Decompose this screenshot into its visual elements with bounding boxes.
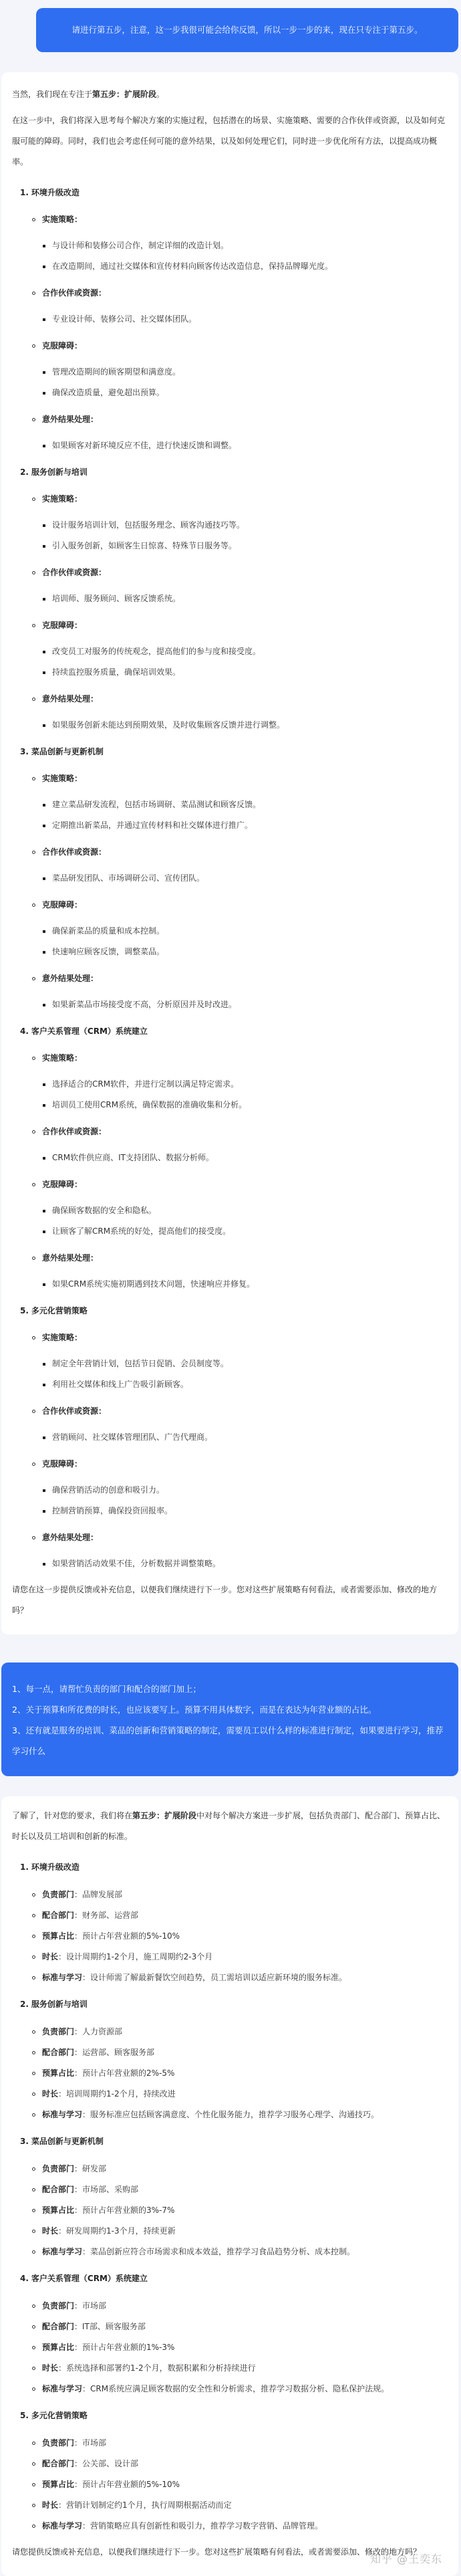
point-list: 建立菜品研发流程，包括市场调研、菜品测试和顾客反馈。定期推出新菜品，并通过宣传材… xyxy=(32,794,448,836)
detail-list: 负责部门：市场部配合部门：公关部、设计部预算占比：预计占年营业额的5%-10%时… xyxy=(20,2433,448,2537)
section-number: 2. xyxy=(20,1992,29,2016)
point-text: 选择适合的CRM软件，并进行定制以满足特定需求。 xyxy=(52,1074,239,1095)
detail-item: 预算占比：预计占年营业额的5%-10% xyxy=(32,1926,448,1947)
detail-item: 时长：营销计划制定约1个月，执行周期根据活动而定 xyxy=(32,2495,448,2516)
subsection-label: 合作伙伴或资源： xyxy=(42,1399,106,1423)
list-item: 让顾客了解CRM系统的好处，提高他们的接受度。 xyxy=(43,1221,448,1242)
subsection-label: 实施策略： xyxy=(42,1325,82,1350)
detail-item: 标准与学习：设计师需了解最新餐饮空间趋势，员工需培训以适应新环境的服务标准。 xyxy=(32,1967,448,1988)
detail-value: ：品牌发展部 xyxy=(74,1890,122,1899)
point-text: 持续监控服务质量，确保培训效果。 xyxy=(52,662,180,683)
section-title-text: 多元化营销策略 xyxy=(31,2403,88,2428)
hollow-bullet-icon xyxy=(32,1130,35,1134)
detail-value: ：营销策略应具有创新性和吸引力，推荐学习数字营销、品牌管理。 xyxy=(82,2521,323,2531)
point-list: 如果营销活动效果不佳，分析数据并调整策略。 xyxy=(32,1553,448,1574)
section-item: 3.菜品创新与更新机制负责部门：研发部配合部门：市场部、采购部预算占比：预计占年… xyxy=(20,2129,448,2262)
square-bullet-icon xyxy=(43,1104,45,1107)
detail-label: 标准与学习 xyxy=(42,2521,82,2531)
detail-value: ：设计周期约1-2个月，施工周期约2-3个月 xyxy=(58,1952,212,1961)
list-item: 如果服务创新未能达到预期效果，及时收集顾客反馈并进行调整。 xyxy=(43,715,448,736)
section-number: 5. xyxy=(20,1299,29,1323)
hollow-bullet-icon xyxy=(32,2442,35,2445)
section-number: 5. xyxy=(20,2403,29,2428)
detail-text: 标准与学习：营销策略应具有创新性和吸引力，推荐学习数字营销、品牌管理。 xyxy=(42,2516,323,2537)
detail-item: 配合部门：IT部、顾客服务部 xyxy=(32,2317,448,2337)
subsection-heading: 意外结果处理： xyxy=(32,966,448,990)
assistant-message-card: 了解了，针对您的要求，我们将在第五步：扩展阶段中对每个解决方案进一步扩展，包括负… xyxy=(1,1796,458,2576)
point-text: 制定全年营销计划，包括节日促销、会员制度等。 xyxy=(52,1354,228,1374)
hollow-bullet-icon xyxy=(32,2250,35,2254)
user-message-line: 1、每一点，请帮忙负责的部门和配合的部门加上； xyxy=(12,1679,448,1699)
square-bullet-icon xyxy=(43,1436,45,1439)
subsection-label: 实施策略： xyxy=(42,207,82,231)
detail-label: 时长 xyxy=(42,1952,58,1961)
point-list: 设计服务培训计划，包括服务理念、顾客沟通技巧等。引入服务创新，如顾客生日惊喜、特… xyxy=(32,515,448,556)
section-number: 4. xyxy=(20,1019,29,1043)
intro-prefix: 了解了，针对您的要求，我们将在 xyxy=(12,1811,132,1820)
list-item: 持续监控服务质量，确保培训效果。 xyxy=(43,662,448,683)
square-bullet-icon xyxy=(43,1489,45,1492)
point-list: CRM软件供应商、IT支持团队、数据分析师。 xyxy=(32,1148,448,1168)
hollow-bullet-icon xyxy=(32,2387,35,2391)
user-message-line: 3、还有就是服务的培训、菜品的创新和营销策略的制定，需要员工以什么样的标准进行制… xyxy=(12,1720,448,1761)
section-number: 4. xyxy=(20,2266,29,2290)
subsection-label: 合作伙伴或资源： xyxy=(42,1119,106,1144)
point-list: 专业设计师、装修公司、社交媒体团队。 xyxy=(32,309,448,330)
section-number: 1. xyxy=(20,181,29,205)
point-list: 管理改造期间的顾客期望和满意度。确保改造质量，避免超出预算。 xyxy=(32,362,448,403)
hollow-bullet-icon xyxy=(32,2092,35,2096)
detail-text: 配合部门：IT部、顾客服务部 xyxy=(42,2317,146,2337)
section-title: 1.环境升级改造 xyxy=(20,181,448,205)
subsection-item: 克服障碍：管理改造期间的顾客期望和满意度。确保改造质量，避免超出预算。 xyxy=(32,334,448,403)
section-number: 3. xyxy=(20,740,29,764)
detail-value: ：系统选择和部署约1-2个月，数据积累和分析持续进行 xyxy=(58,2363,256,2373)
list-item: 选择适合的CRM软件，并进行定制以满足特定需求。 xyxy=(43,1074,448,1095)
square-bullet-icon xyxy=(43,598,45,601)
detail-text: 时长：研发周期约1-3个月，持续更新 xyxy=(42,2221,176,2242)
square-bullet-icon xyxy=(43,1210,45,1212)
subsection-label: 意外结果处理： xyxy=(42,687,98,711)
detail-text: 负责部门：品牌发展部 xyxy=(42,1885,122,1905)
section-title-text: 服务创新与培训 xyxy=(31,460,88,484)
subsection-heading: 克服障碍： xyxy=(32,1172,448,1196)
subsection-heading: 克服障碍： xyxy=(32,1452,448,1476)
hollow-bullet-icon xyxy=(32,218,35,221)
list-item: 引入服务创新，如顾客生日惊喜、特殊节日服务等。 xyxy=(43,536,448,556)
list-item: 确保营销活动的创意和吸引力。 xyxy=(43,1480,448,1501)
detail-label: 预算占比 xyxy=(42,2206,74,2215)
square-bullet-icon xyxy=(43,825,45,827)
subsection-item: 克服障碍：确保顾客数据的安全和隐私。让顾客了解CRM系统的好处，提高他们的接受度… xyxy=(32,1172,448,1242)
assistant-description: 在这一步中，我们将深入思考每个解决方案的实施过程，包括潜在的场景、实施策略、需要… xyxy=(12,110,448,173)
square-bullet-icon xyxy=(43,1563,45,1566)
section-title-text: 客户关系管理（CRM）系统建立 xyxy=(31,2266,148,2290)
square-bullet-icon xyxy=(43,371,45,374)
detail-text: 配合部门：公关部、设计部 xyxy=(42,2454,138,2474)
detail-label: 标准与学习 xyxy=(42,2110,82,2119)
detail-text: 配合部门：财务部、运营部 xyxy=(42,1905,138,1926)
point-list: 营销顾问、社交媒体管理团队、广告代理商。 xyxy=(32,1427,448,1448)
subsection-item: 实施策略：制定全年营销计划，包括节日促销、会员制度等。利用社交媒体和线上广告吸引… xyxy=(32,1325,448,1395)
detail-text: 预算占比：预计占年营业额的2%-5% xyxy=(42,2063,174,2084)
detail-item: 时长：培训周期约1-2个月，持续改进 xyxy=(32,2084,448,2105)
subsection-item: 合作伙伴或资源：菜品研发团队、市场调研公司、宣传团队。 xyxy=(32,840,448,889)
intro-bold: 第五步：扩展阶段 xyxy=(132,1811,196,1820)
detail-item: 时长：设计周期约1-2个月，施工周期约2-3个月 xyxy=(32,1947,448,1967)
detail-value: ：预计占年营业额的1%-3% xyxy=(74,2343,174,2352)
list-item: 如果顾客对新环境反应不佳，进行快速反馈和调整。 xyxy=(43,435,448,456)
square-bullet-icon xyxy=(43,651,45,653)
detail-text: 负责部门：研发部 xyxy=(42,2159,106,2179)
hollow-bullet-icon xyxy=(32,1410,35,1413)
subsection-label: 意外结果处理： xyxy=(42,407,98,431)
point-text: 利用社交媒体和线上广告吸引新顾客。 xyxy=(52,1374,188,1395)
subsection-item: 意外结果处理：如果CRM系统实施初期遇到技术问题，快速响应并修复。 xyxy=(32,1246,448,1295)
subsection-item: 意外结果处理：如果营销活动效果不佳，分析数据并调整策略。 xyxy=(32,1525,448,1574)
hollow-bullet-icon xyxy=(32,2167,35,2171)
detail-value: ：CRM系统应满足顾客数据的安全性和分析需求，推荐学习数据分析、隐私保护法规。 xyxy=(82,2384,389,2393)
hollow-bullet-icon xyxy=(32,977,35,980)
subsection-item: 合作伙伴或资源：培训师、服务顾问、顾客反馈系统。 xyxy=(32,560,448,609)
point-text: 营销顾问、社交媒体管理团队、广告代理商。 xyxy=(52,1427,212,1448)
subsection-label: 克服障碍： xyxy=(42,1452,82,1476)
detail-item: 标准与学习：营销策略应具有创新性和吸引力，推荐学习数字营销、品牌管理。 xyxy=(32,2516,448,2537)
detail-label: 预算占比 xyxy=(42,2068,74,2078)
subsection-label: 合作伙伴或资源： xyxy=(42,560,106,584)
hollow-bullet-icon xyxy=(32,344,35,348)
hollow-bullet-icon xyxy=(32,2209,35,2212)
subsection-item: 实施策略：选择适合的CRM软件，并进行定制以满足特定需求。培训员工使用CRM系统… xyxy=(32,1046,448,1115)
square-bullet-icon xyxy=(43,951,45,954)
hollow-bullet-icon xyxy=(32,292,35,295)
point-text: CRM软件供应商、IT支持团队、数据分析师。 xyxy=(52,1148,214,1168)
detail-value: ：研发部 xyxy=(74,2164,106,2173)
detail-value: ：营销计划制定约1个月，执行周期根据活动而定 xyxy=(58,2500,232,2510)
list-item: 如果新菜品市场接受度不高，分析原因并及时改进。 xyxy=(43,994,448,1015)
detail-value: ：预计占年营业额的2%-5% xyxy=(74,2068,174,2078)
detail-list: 负责部门：研发部配合部门：市场部、采购部预算占比：预计占年营业额的3%-7%时长… xyxy=(20,2159,448,2262)
point-list: 如果CRM系统实施初期遇到技术问题，快速响应并修复。 xyxy=(32,1274,448,1295)
subsection-heading: 合作伙伴或资源： xyxy=(32,281,448,305)
assistant-message-card: 当然，我们现在专注于第五步：扩展阶段。 在这一步中，我们将深入思考每个解决方案的… xyxy=(1,72,458,1634)
detail-value: ：服务标准应包括顾客满意度、个性化服务能力，推荐学习服务心理学、沟通技巧。 xyxy=(82,2110,379,2119)
detail-value: ：财务部、运营部 xyxy=(74,1911,138,1920)
point-list: 与设计师和装修公司合作，制定详细的改造计划。在改造期间，通过社交媒体和宣传材料向… xyxy=(32,235,448,277)
subsection-heading: 意外结果处理： xyxy=(32,1246,448,1270)
list-item: 建立菜品研发流程，包括市场调研、菜品测试和顾客反馈。 xyxy=(43,794,448,815)
detail-text: 时长：培训周期约1-2个月，持续改进 xyxy=(42,2084,176,2105)
subsection-label: 意外结果处理： xyxy=(42,1525,98,1549)
detail-text: 负责部门：市场部 xyxy=(42,2433,106,2454)
hollow-bullet-icon xyxy=(32,2113,35,2117)
detail-label: 标准与学习 xyxy=(42,2247,82,2256)
point-text: 菜品研发团队、市场调研公司、宣传团队。 xyxy=(52,868,204,889)
section-number: 3. xyxy=(20,2129,29,2153)
detail-text: 标准与学习：设计师需了解最新餐饮空间趋势，员工需培训以适应新环境的服务标准。 xyxy=(42,1967,347,1988)
detail-item: 配合部门：财务部、运营部 xyxy=(32,1905,448,1926)
list-item: 菜品研发团队、市场调研公司、宣传团队。 xyxy=(43,868,448,889)
subsection-heading: 合作伙伴或资源： xyxy=(32,840,448,864)
detail-text: 负责部门：人力资源部 xyxy=(42,2022,122,2042)
hollow-bullet-icon xyxy=(32,903,35,907)
user-message-bubble: 请进行第五步，注意，这一步我很可能会给你反馈，所以一步一步的来，现在只专注于第五… xyxy=(36,8,458,52)
hollow-bullet-icon xyxy=(32,697,35,701)
detail-value: ：设计师需了解最新餐饮空间趋势，员工需培训以适应新环境的服务标准。 xyxy=(82,1973,347,1982)
detail-item: 预算占比：预计占年营业额的3%-7% xyxy=(32,2200,448,2221)
square-bullet-icon xyxy=(43,1384,45,1386)
intro-bold: 第五步：扩展阶段 xyxy=(92,90,156,99)
detail-item: 负责部门：研发部 xyxy=(32,2159,448,2179)
subsection-label: 合作伙伴或资源： xyxy=(42,840,106,864)
detail-label: 配合部门 xyxy=(42,1911,74,1920)
subsection-item: 实施策略：建立菜品研发流程，包括市场调研、菜品测试和顾客反馈。定期推出新菜品，并… xyxy=(32,766,448,836)
user-message-line: 2、关于预算和所花费的时长，也应该要写上。预算不用具体数字，而是在表达为年营业额… xyxy=(12,1699,448,1720)
point-text: 让顾客了解CRM系统的好处，提高他们的接受度。 xyxy=(52,1221,230,1242)
detail-label: 时长 xyxy=(42,2363,58,2373)
section-title: 3.菜品创新与更新机制 xyxy=(20,740,448,764)
detail-text: 配合部门：市场部、采购部 xyxy=(42,2179,138,2200)
point-text: 改变员工对服务的传统观念，提高他们的参与度和接受度。 xyxy=(52,641,261,662)
detail-text: 配合部门：运营部、顾客服务部 xyxy=(42,2042,154,2063)
list-item: 专业设计师、装修公司、社交媒体团队。 xyxy=(43,309,448,330)
hollow-bullet-icon xyxy=(32,624,35,627)
section-list: 1.环境升级改造负责部门：品牌发展部配合部门：财务部、运营部预算占比：预计占年营… xyxy=(12,1855,448,2537)
detail-text: 预算占比：预计占年营业额的5%-10% xyxy=(42,1926,180,1947)
list-item: 确保新菜品的质量和成本控制。 xyxy=(43,921,448,942)
point-text: 如果服务创新未能达到预期效果，及时收集顾客反馈并进行调整。 xyxy=(52,715,285,736)
detail-text: 时长：设计周期约1-2个月，施工周期约2-3个月 xyxy=(42,1947,212,1967)
detail-text: 时长：系统选择和部署约1-2个月，数据积累和分析持续进行 xyxy=(42,2358,256,2379)
detail-item: 标准与学习：CRM系统应满足顾客数据的安全性和分析需求，推荐学习数据分析、隐私保… xyxy=(32,2379,448,2399)
detail-text: 标准与学习：菜品创新应符合市场需求和成本效益，推荐学习食品趋势分析、成本控制。 xyxy=(42,2242,355,2262)
square-bullet-icon xyxy=(43,545,45,548)
point-text: 设计服务培训计划，包括服务理念、顾客沟通技巧等。 xyxy=(52,515,245,536)
detail-item: 负责部门：市场部 xyxy=(32,2296,448,2317)
point-text: 定期推出新菜品，并通过宣传材料和社交媒体进行推广。 xyxy=(52,815,253,836)
subsection-label: 克服障碍： xyxy=(42,613,82,637)
section-list: 1.环境升级改造实施策略：与设计师和装修公司合作，制定详细的改造计划。在改造期间… xyxy=(12,181,448,1574)
detail-list: 负责部门：人力资源部配合部门：运营部、顾客服务部预算占比：预计占年营业额的2%-… xyxy=(20,2022,448,2125)
assistant-closing: 请您在这一步提供反馈或补充信息，以便我们继续进行下一步。您对这些扩展策略有何看法… xyxy=(12,1580,448,1621)
point-text: 如果营销活动效果不佳，分析数据并调整策略。 xyxy=(52,1553,220,1574)
square-bullet-icon xyxy=(43,318,45,321)
subsection-item: 意外结果处理：如果顾客对新环境反应不佳，进行快速反馈和调整。 xyxy=(32,407,448,456)
point-text: 快速响应顾客反馈，调整菜品。 xyxy=(52,942,164,962)
detail-label: 时长 xyxy=(42,2089,58,2099)
list-item: 培训师、服务顾问、顾客反馈系统。 xyxy=(43,588,448,609)
hollow-bullet-icon xyxy=(32,851,35,854)
list-item: 与设计师和装修公司合作，制定详细的改造计划。 xyxy=(43,235,448,256)
point-text: 如果CRM系统实施初期遇到技术问题，快速响应并修复。 xyxy=(52,1274,255,1295)
list-item: CRM软件供应商、IT支持团队、数据分析师。 xyxy=(43,1148,448,1168)
detail-value: ：IT部、顾客服务部 xyxy=(74,2322,146,2331)
subsection-label: 意外结果处理： xyxy=(42,1246,98,1270)
detail-item: 负责部门：市场部 xyxy=(32,2433,448,2454)
subsection-label: 克服障碍： xyxy=(42,1172,82,1196)
square-bullet-icon xyxy=(43,1004,45,1006)
subsection-heading: 意外结果处理： xyxy=(32,687,448,711)
detail-label: 预算占比 xyxy=(42,2343,74,2352)
subsection-item: 克服障碍：改变员工对服务的传统观念，提高他们的参与度和接受度。持续监控服务质量，… xyxy=(32,613,448,683)
list-item: 管理改造期间的顾客期望和满意度。 xyxy=(43,362,448,383)
section-title: 5.多元化营销策略 xyxy=(20,1299,448,1323)
hollow-bullet-icon xyxy=(32,1955,35,1959)
detail-item: 预算占比：预计占年营业额的5%-10% xyxy=(32,2474,448,2495)
hollow-bullet-icon xyxy=(32,2230,35,2233)
square-bullet-icon xyxy=(43,804,45,807)
section-item: 4.客户关系管理（CRM）系统建立负责部门：市场部配合部门：IT部、顾客服务部预… xyxy=(20,2266,448,2399)
hollow-bullet-icon xyxy=(32,1893,35,1897)
detail-label: 负责部门 xyxy=(42,1890,74,1899)
subsection-item: 合作伙伴或资源：专业设计师、装修公司、社交媒体团队。 xyxy=(32,281,448,330)
subsection-list: 实施策略：设计服务培训计划，包括服务理念、顾客沟通技巧等。引入服务创新，如顾客生… xyxy=(20,487,448,736)
point-text: 在改造期间，通过社交媒体和宣传材料向顾客传达改造信息，保持品牌曝光度。 xyxy=(52,256,333,277)
subsection-heading: 实施策略： xyxy=(32,207,448,231)
section-number: 1. xyxy=(20,1855,29,1879)
detail-item: 负责部门：品牌发展部 xyxy=(32,1885,448,1905)
hollow-bullet-icon xyxy=(32,1057,35,1060)
hollow-bullet-icon xyxy=(32,777,35,780)
subsection-item: 实施策略：与设计师和装修公司合作，制定详细的改造计划。在改造期间，通过社交媒体和… xyxy=(32,207,448,277)
detail-label: 配合部门 xyxy=(42,2322,74,2331)
point-text: 确保改造质量，避免超出预算。 xyxy=(52,383,164,403)
section-title-text: 多元化营销策略 xyxy=(31,1299,88,1323)
hollow-bullet-icon xyxy=(32,1914,35,1917)
detail-list: 负责部门：品牌发展部配合部门：财务部、运营部预算占比：预计占年营业额的5%-10… xyxy=(20,1885,448,1988)
section-title: 5.多元化营销策略 xyxy=(20,2403,448,2428)
square-bullet-icon xyxy=(43,930,45,933)
section-item: 5.多元化营销策略实施策略：制定全年营销计划，包括节日促销、会员制度等。利用社交… xyxy=(20,1299,448,1574)
assistant-intro: 当然，我们现在专注于第五步：扩展阶段。 xyxy=(12,84,448,105)
detail-value: ：公关部、设计部 xyxy=(74,2459,138,2468)
subsection-label: 实施策略： xyxy=(42,766,82,790)
detail-list: 负责部门：市场部配合部门：IT部、顾客服务部预算占比：预计占年营业额的1%-3%… xyxy=(20,2296,448,2399)
subsection-heading: 克服障碍： xyxy=(32,334,448,358)
hollow-bullet-icon xyxy=(32,2304,35,2308)
hollow-bullet-icon xyxy=(32,1536,35,1539)
section-title: 2.服务创新与培训 xyxy=(20,460,448,484)
detail-label: 预算占比 xyxy=(42,2480,74,2489)
hollow-bullet-icon xyxy=(32,498,35,501)
subsection-label: 实施策略： xyxy=(42,1046,82,1070)
square-bullet-icon xyxy=(43,1230,45,1233)
subsection-item: 合作伙伴或资源：营销顾问、社交媒体管理团队、广告代理商。 xyxy=(32,1399,448,1448)
section-item: 2.服务创新与培训实施策略：设计服务培训计划，包括服务理念、顾客沟通技巧等。引入… xyxy=(20,460,448,736)
point-list: 确保新菜品的质量和成本控制。快速响应顾客反馈，调整菜品。 xyxy=(32,921,448,962)
list-item: 改变员工对服务的传统观念，提高他们的参与度和接受度。 xyxy=(43,641,448,662)
hollow-bullet-icon xyxy=(32,2325,35,2329)
detail-label: 标准与学习 xyxy=(42,2384,82,2393)
detail-label: 时长 xyxy=(42,2500,58,2510)
square-bullet-icon xyxy=(43,245,45,247)
hollow-bullet-icon xyxy=(32,2525,35,2528)
section-title-text: 菜品创新与更新机制 xyxy=(31,740,104,764)
point-list: 改变员工对服务的传统观念，提高他们的参与度和接受度。持续监控服务质量，确保培训效… xyxy=(32,641,448,683)
detail-item: 预算占比：预计占年营业额的1%-3% xyxy=(32,2337,448,2358)
hollow-bullet-icon xyxy=(32,1935,35,1938)
square-bullet-icon xyxy=(43,877,45,880)
list-item: 快速响应顾客反馈，调整菜品。 xyxy=(43,942,448,962)
user-message-text: 请进行第五步，注意，这一步我很可能会给你反馈，所以一步一步的来，现在只专注于第五… xyxy=(71,23,422,37)
subsection-list: 实施策略：与设计师和装修公司合作，制定详细的改造计划。在改造期间，通过社交媒体和… xyxy=(20,207,448,456)
hollow-bullet-icon xyxy=(32,418,35,421)
subsection-label: 克服障碍： xyxy=(42,334,82,358)
subsection-heading: 意外结果处理： xyxy=(32,407,448,431)
detail-label: 负责部门 xyxy=(42,2027,74,2036)
detail-text: 标准与学习：CRM系统应满足顾客数据的安全性和分析需求，推荐学习数据分析、隐私保… xyxy=(42,2379,389,2399)
list-item: 如果CRM系统实施初期遇到技术问题，快速响应并修复。 xyxy=(43,1274,448,1295)
detail-value: ：预计占年营业额的5%-10% xyxy=(74,2480,180,2489)
intro-prefix: 当然，我们现在专注于 xyxy=(12,90,92,99)
subsection-item: 克服障碍：确保营销活动的创意和吸引力。控制营销预算，确保投资回报率。 xyxy=(32,1452,448,1521)
subsection-item: 意外结果处理：如果服务创新未能达到预期效果，及时收集顾客反馈并进行调整。 xyxy=(32,687,448,736)
subsection-list: 实施策略：建立菜品研发流程，包括市场调研、菜品测试和顾客反馈。定期推出新菜品，并… xyxy=(20,766,448,1015)
section-title: 1.环境升级改造 xyxy=(20,1855,448,1879)
subsection-item: 意外结果处理：如果新菜品市场接受度不高，分析原因并及时改进。 xyxy=(32,966,448,1015)
detail-label: 配合部门 xyxy=(42,2048,74,2057)
detail-item: 负责部门：人力资源部 xyxy=(32,2022,448,2042)
point-text: 专业设计师、装修公司、社交媒体团队。 xyxy=(52,309,196,330)
detail-text: 标准与学习：服务标准应包括顾客满意度、个性化服务能力，推荐学习服务心理学、沟通技… xyxy=(42,2105,379,2125)
square-bullet-icon xyxy=(43,392,45,395)
assistant-intro: 了解了，针对您的要求，我们将在第五步：扩展阶段中对每个解决方案进一步扩展，包括负… xyxy=(12,1806,448,1847)
detail-value: ：研发周期约1-3个月，持续更新 xyxy=(58,2226,176,2236)
list-item: 确保顾客数据的安全和隐私。 xyxy=(43,1200,448,1221)
hollow-bullet-icon xyxy=(32,571,35,574)
hollow-bullet-icon xyxy=(32,1257,35,1260)
square-bullet-icon xyxy=(43,1363,45,1366)
section-title-text: 服务创新与培训 xyxy=(31,1992,88,2016)
point-text: 引入服务创新，如顾客生日惊喜、特殊节日服务等。 xyxy=(52,536,237,556)
hollow-bullet-icon xyxy=(32,1336,35,1339)
hollow-bullet-icon xyxy=(32,2188,35,2191)
section-title-text: 菜品创新与更新机制 xyxy=(31,2129,104,2153)
detail-value: ：市场部 xyxy=(74,2438,106,2448)
list-item: 在改造期间，通过社交媒体和宣传材料向顾客传达改造信息，保持品牌曝光度。 xyxy=(43,256,448,277)
subsection-label: 合作伙伴或资源： xyxy=(42,281,106,305)
intro-suffix: 。 xyxy=(156,90,164,99)
list-item: 利用社交媒体和线上广告吸引新顾客。 xyxy=(43,1374,448,1395)
point-text: 确保营销活动的创意和吸引力。 xyxy=(52,1480,164,1501)
section-title-text: 环境升级改造 xyxy=(31,181,80,205)
hollow-bullet-icon xyxy=(32,2462,35,2466)
detail-item: 配合部门：运营部、顾客服务部 xyxy=(32,2042,448,2063)
point-text: 管理改造期间的顾客期望和满意度。 xyxy=(52,362,180,383)
hollow-bullet-icon xyxy=(32,1463,35,1466)
list-item: 制定全年营销计划，包括节日促销、会员制度等。 xyxy=(43,1354,448,1374)
point-list: 如果服务创新未能达到预期效果，及时收集顾客反馈并进行调整。 xyxy=(32,715,448,736)
list-item: 确保改造质量，避免超出预算。 xyxy=(43,383,448,403)
subsection-heading: 实施策略： xyxy=(32,766,448,790)
square-bullet-icon xyxy=(43,265,45,268)
section-item: 4.客户关系管理（CRM）系统建立实施策略：选择适合的CRM软件，并进行定制以满… xyxy=(20,1019,448,1295)
detail-value: ：菜品创新应符合市场需求和成本效益，推荐学习食品趋势分析、成本控制。 xyxy=(82,2247,355,2256)
section-title: 2.服务创新与培训 xyxy=(20,1992,448,2016)
subsection-heading: 意外结果处理： xyxy=(32,1525,448,1549)
square-bullet-icon xyxy=(43,1157,45,1160)
point-text: 建立菜品研发流程，包括市场调研、菜品测试和顾客反馈。 xyxy=(52,794,261,815)
detail-item: 配合部门：市场部、采购部 xyxy=(32,2179,448,2200)
detail-item: 标准与学习：服务标准应包括顾客满意度、个性化服务能力，推荐学习服务心理学、沟通技… xyxy=(32,2105,448,2125)
detail-label: 负责部门 xyxy=(42,2301,74,2311)
subsection-heading: 合作伙伴或资源： xyxy=(32,1399,448,1423)
section-title-text: 客户关系管理（CRM）系统建立 xyxy=(31,1019,148,1043)
point-list: 培训师、服务顾问、顾客反馈系统。 xyxy=(32,588,448,609)
detail-value: ：运营部、顾客服务部 xyxy=(74,2048,154,2057)
detail-value: ：人力资源部 xyxy=(74,2027,122,2036)
point-text: 确保顾客数据的安全和隐私。 xyxy=(52,1200,156,1221)
